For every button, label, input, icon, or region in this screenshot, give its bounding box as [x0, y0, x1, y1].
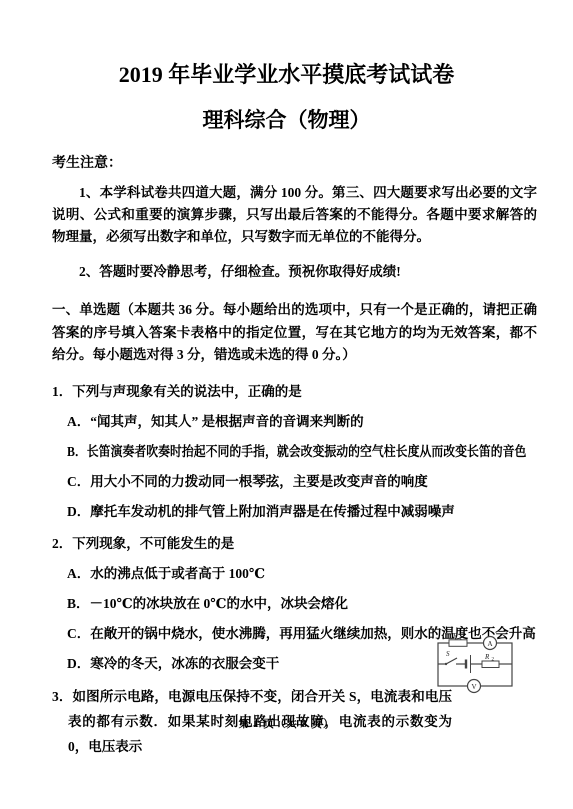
- question-1-option-a: A．“闻其声，知其人” 是根据声音的音调来判断的: [67, 414, 537, 429]
- battery-icon: [466, 655, 471, 673]
- page-title: 2019 年毕业学业水平摸底考试试卷: [0, 62, 573, 88]
- question-1-option-d: D．摩托车发动机的排气管上附加消声器是在传播过程中减弱噪声: [67, 504, 537, 519]
- resistor-r1-label: R: [452, 632, 458, 640]
- notice-paragraph-2: 2、答题时要冷静思考，仔细检查。预祝你取得好成绩!: [52, 261, 537, 283]
- switch-label: S: [446, 650, 450, 658]
- ammeter-label: A: [487, 640, 492, 648]
- page-footer: 第 1 页（共 8 页）: [0, 716, 573, 731]
- circuit-diagram: S R 2 R 1 A V: [435, 630, 515, 694]
- question-2-stem: 2．下列现象，不可能发生的是: [52, 536, 537, 551]
- resistor-r1-icon: [449, 640, 467, 647]
- resistor-r2-label: R: [484, 653, 490, 661]
- notice-heading: 考生注意：: [52, 156, 537, 172]
- voltmeter-label: V: [471, 683, 476, 691]
- question-1-option-b: B．长笛演奏者吹奏时抬起不同的手指，就会改变振动的空气柱长度从而改变长笛的音色: [67, 444, 481, 459]
- question-2-option-b: B．－10℃的冰块放在 0℃的水中，冰块会熔化: [67, 596, 537, 611]
- question-2-option-a: A．水的沸点低于或者高于 100℃: [67, 566, 537, 581]
- resistor-r2-icon: [482, 661, 499, 668]
- question-1-stem: 1．下列与声现象有关的说法中，正确的是: [52, 384, 537, 399]
- notice-paragraph-1: 1、本学科试卷共四道大题，满分 100 分。第三、四大题要求写出必要的文字说明、…: [52, 182, 537, 248]
- exam-paper-page: 2019 年毕业学业水平摸底考试试卷 理科综合（物理） 考生注意： 1、本学科试…: [0, 0, 573, 809]
- circuit-figure: S R 2 R 1 A V: [435, 630, 515, 694]
- page-subtitle: 理科综合（物理）: [0, 108, 573, 133]
- section-1-heading: 一、单选题（本题共 36 分。每小题给出的选项中，只有一个是正确的，请把正确答案…: [52, 299, 537, 367]
- question-1-option-c: C．用大小不同的力拨动同一根琴弦，主要是改变声音的响度: [67, 474, 537, 489]
- switch-icon: [445, 658, 457, 665]
